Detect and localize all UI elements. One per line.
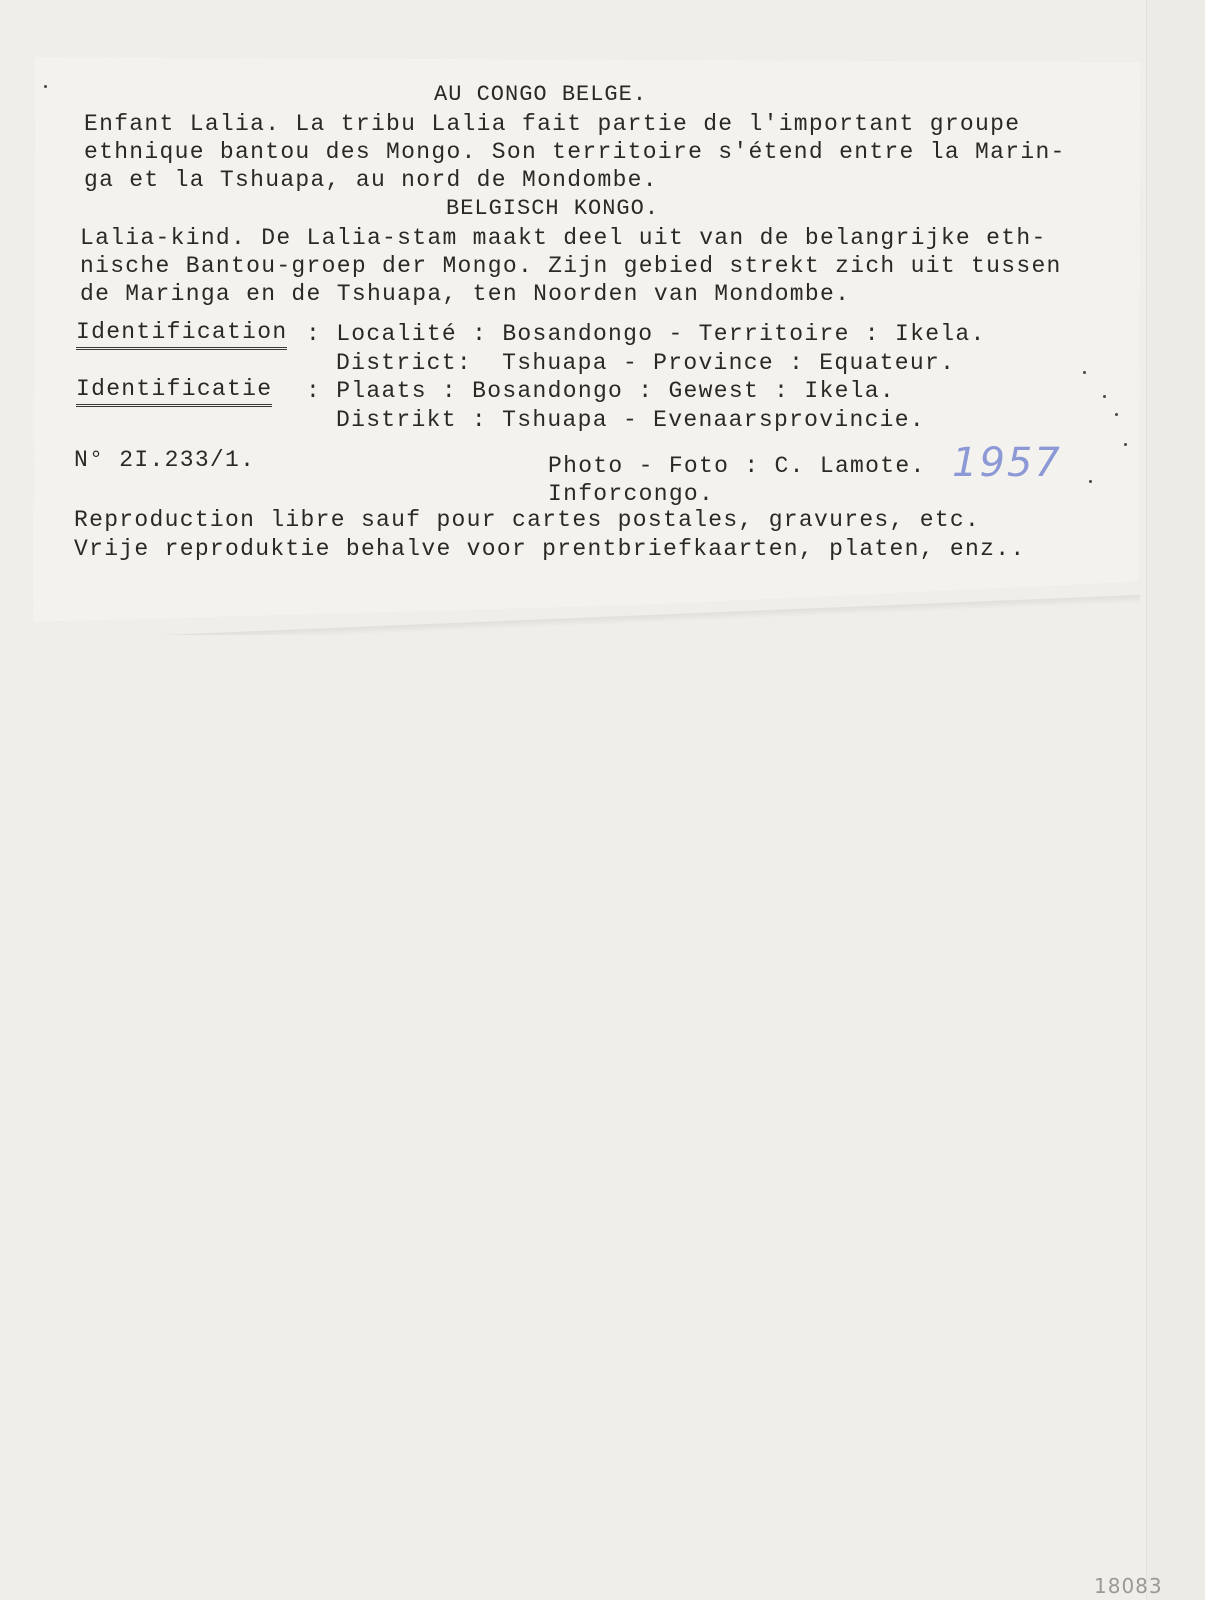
identification-fr-line-1: : Localité : Bosandongo - Territoire : I… — [306, 320, 986, 348]
identification-nl-line-2: Distrikt : Tshuapa - Evenaarsprovincie. — [336, 406, 925, 434]
reproduction-notice-nl: Vrije reproduktie behalve voor prentbrie… — [74, 535, 1025, 563]
heading-french: AU CONGO BELGE. — [434, 81, 647, 109]
identification-label-fr: Identification — [76, 318, 287, 350]
dutch-line-1: Lalia-kind. De Lalia-stam maakt deel uit… — [80, 224, 1047, 252]
ink-speck — [1124, 443, 1127, 446]
identification-nl-line-1: : Plaats : Bosandongo : Gewest : Ikela. — [306, 377, 895, 405]
ink-speck — [44, 85, 47, 88]
dutch-line-2: nische Bantou-groep der Mongo. Zijn gebi… — [80, 252, 1062, 280]
archive-number: 18083 — [1094, 1574, 1163, 1598]
ink-speck — [1115, 413, 1118, 416]
handwritten-year: 1957 — [952, 440, 1062, 486]
ink-speck — [1103, 395, 1106, 398]
reference-number: N° 2I.233/1. — [74, 446, 255, 474]
photo-credit-line-1: Photo - Foto : C. Lamote. — [548, 452, 926, 480]
identification-label-nl: Identificatie — [76, 375, 272, 407]
ink-speck — [1083, 371, 1086, 374]
reproduction-notice-fr: Reproduction libre sauf pour cartes post… — [74, 506, 980, 534]
french-line-1: Enfant Lalia. La tribu Lalia fait partie… — [84, 110, 1020, 138]
french-line-3: ga et la Tshuapa, au nord de Mondombe. — [84, 166, 658, 194]
french-line-2: ethnique bantou des Mongo. Son territoir… — [84, 138, 1066, 166]
heading-dutch: BELGISCH KONGO. — [446, 195, 659, 223]
ink-speck — [1089, 480, 1092, 483]
dutch-line-3: de Maringa en de Tshuapa, ten Noorden va… — [80, 280, 850, 308]
photo-credit-line-2: Inforcongo. — [548, 480, 714, 508]
identification-fr-line-2: District: Tshuapa - Province : Equateur. — [336, 349, 955, 377]
